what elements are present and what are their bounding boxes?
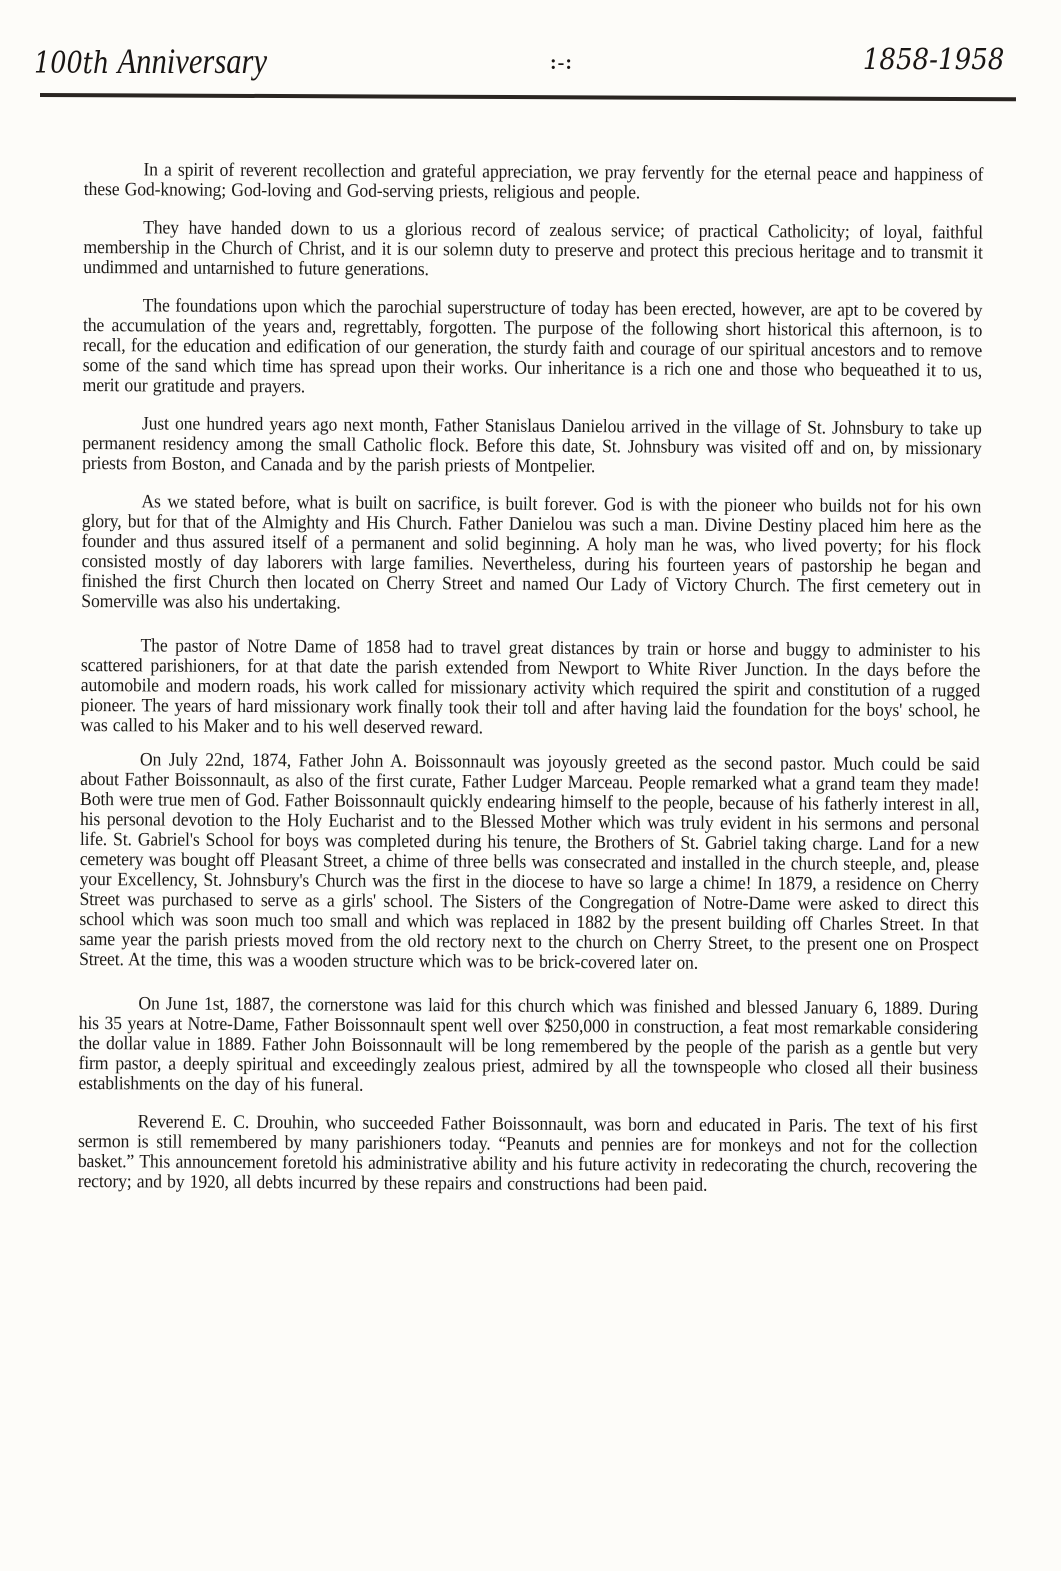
paragraph-drouhin: Reverend E. C. Drouhin, who succeeded Fa… bbox=[78, 1112, 978, 1197]
header-rule bbox=[40, 93, 1016, 101]
page-header: 100th Anniversary :-: 1858-1958 bbox=[34, 40, 1014, 92]
article-body: In a spirit of reverent recollection and… bbox=[78, 160, 984, 1215]
paragraph-dedication: In a spirit of reverent recollection and… bbox=[84, 160, 984, 205]
paragraph-danielou-arrival: Just one hundred years ago next month, F… bbox=[82, 414, 982, 479]
paragraph-cornerstone: On June 1st, 1887, the cornerstone was l… bbox=[78, 994, 978, 1099]
paragraph-heritage: They have handed down to us a glorious r… bbox=[83, 218, 983, 283]
title-word: Anniversary bbox=[117, 41, 267, 81]
year-range: 1858-1958 bbox=[862, 42, 1004, 76]
paragraph-foundations: The foundations upon which the parochial… bbox=[83, 296, 983, 401]
ornament-divider: :-: bbox=[550, 52, 573, 75]
paragraph-boissonnault: On July 22nd, 1874, Father John A. Boiss… bbox=[79, 750, 980, 975]
anniversary-title: 100th Anniversary bbox=[34, 40, 267, 82]
title-number: 100th bbox=[34, 46, 109, 81]
paragraph-danielou-work: As we stated before, what is built on sa… bbox=[81, 492, 981, 617]
paragraph-pastor-1858: The pastor of Notre Dame of 1858 had to … bbox=[80, 636, 980, 741]
